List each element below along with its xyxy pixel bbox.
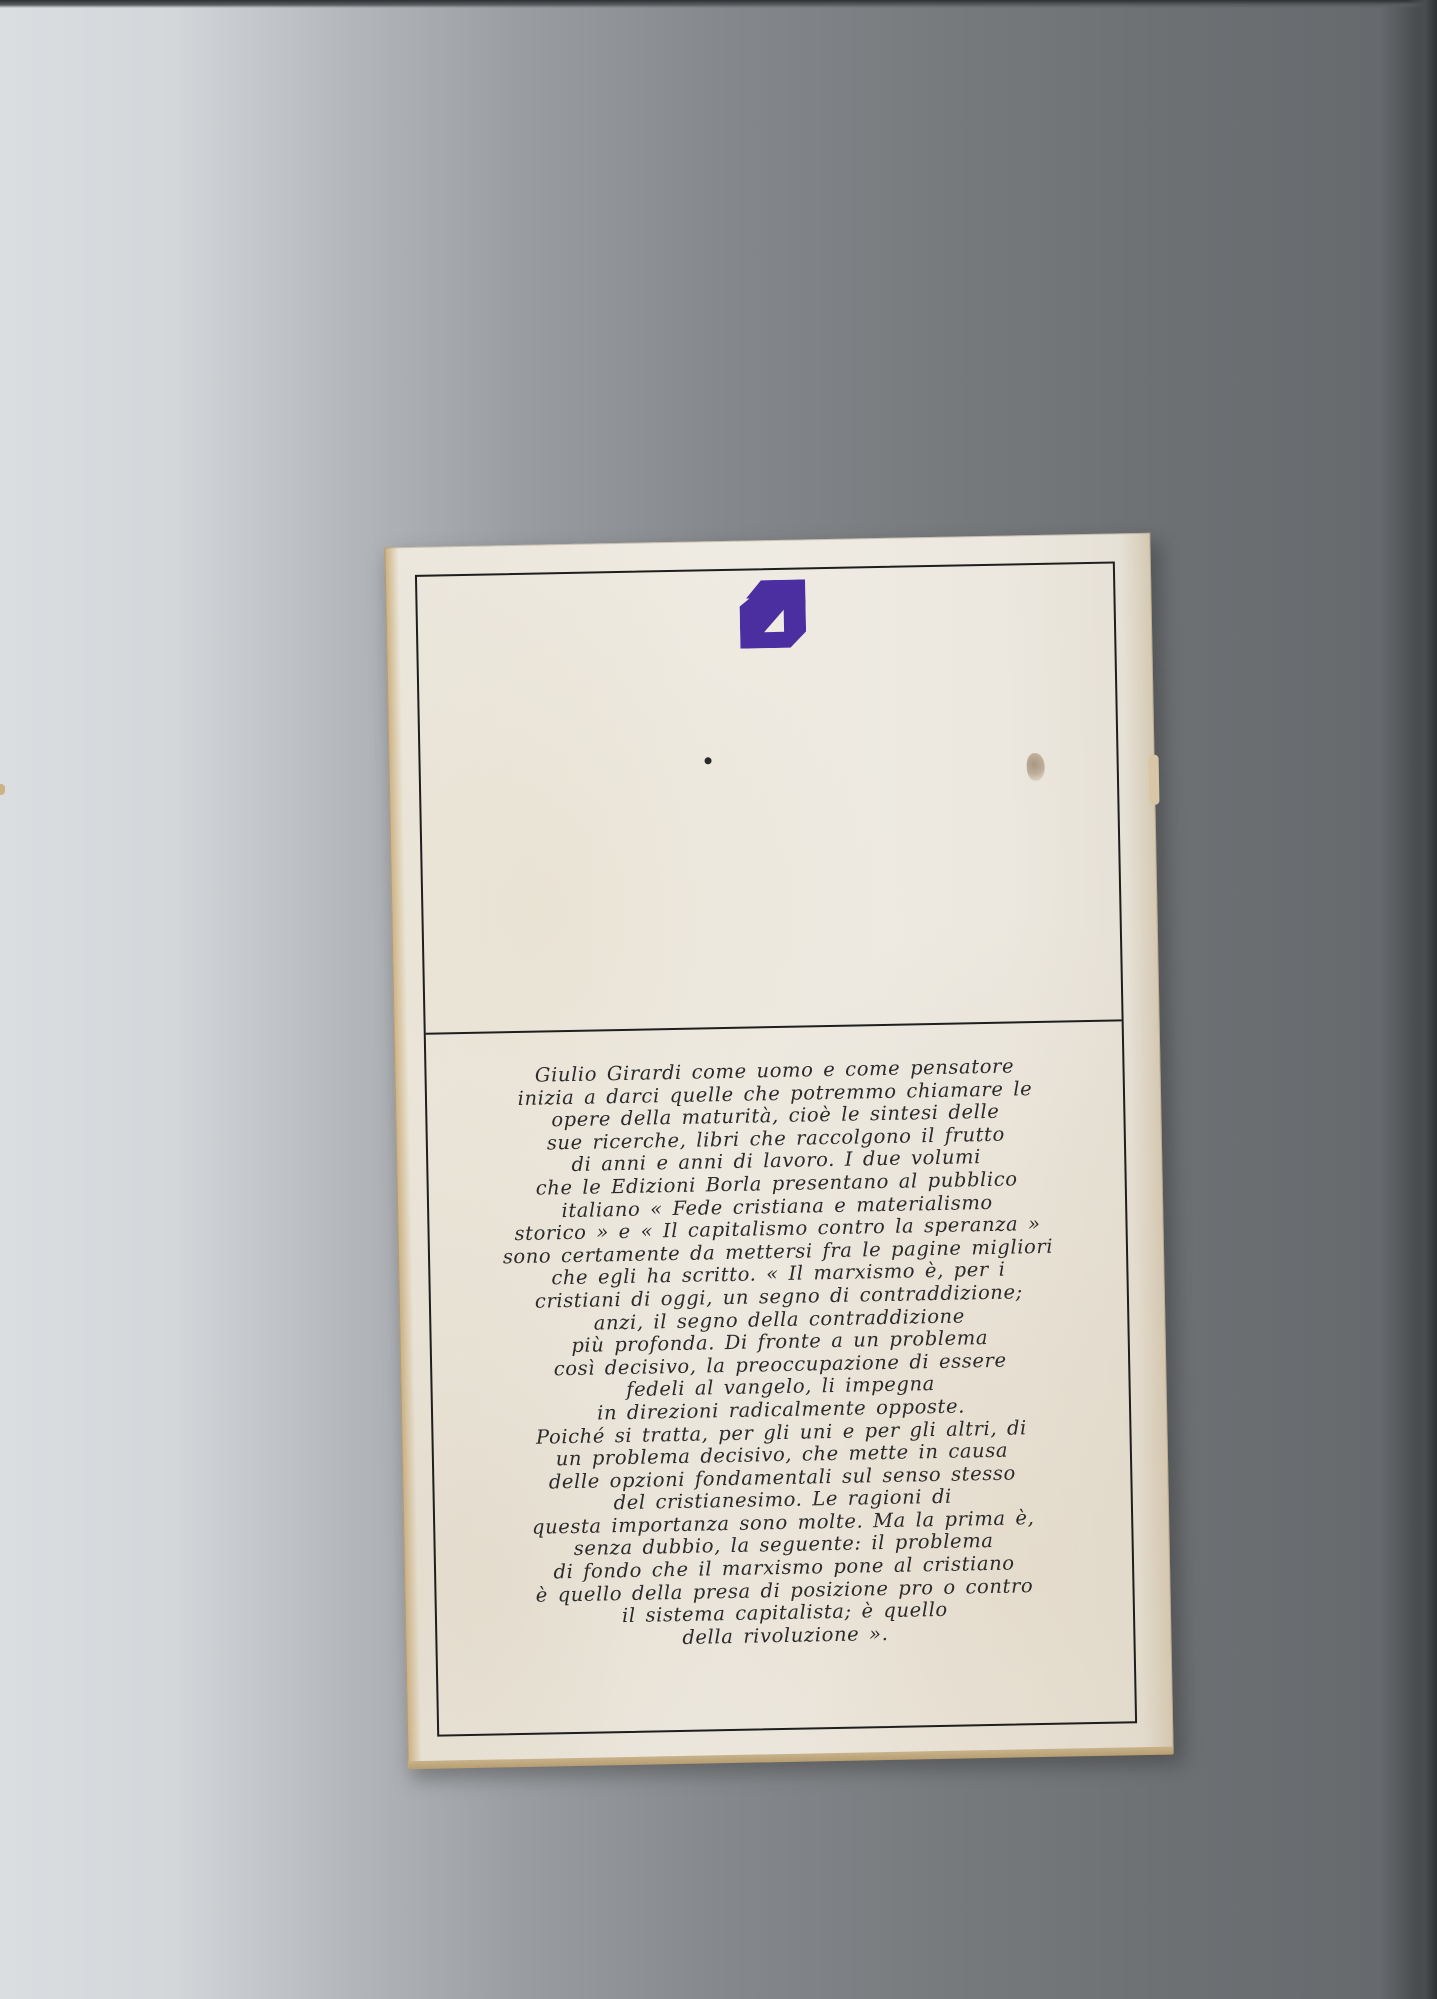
cover-divider-rule: [426, 1019, 1122, 1034]
cover-tear-mark: [1149, 755, 1160, 805]
cover-blurb-text: Giulio Girardi come uomo e come pensator…: [426, 1053, 1133, 1654]
scanner-debris-mark: [0, 784, 5, 795]
scanner-lid-shadow: [0, 0, 1437, 8]
cover-frame: Giulio Girardi come uomo e come pensator…: [415, 561, 1137, 1736]
book-back-cover: Giulio Girardi come uomo e come pensator…: [384, 533, 1173, 1763]
publisher-logo-icon: [739, 579, 806, 648]
ink-spot: [704, 757, 711, 764]
paper-stain: [1026, 753, 1045, 781]
scanner-edge-shadow: [1407, 0, 1437, 1999]
